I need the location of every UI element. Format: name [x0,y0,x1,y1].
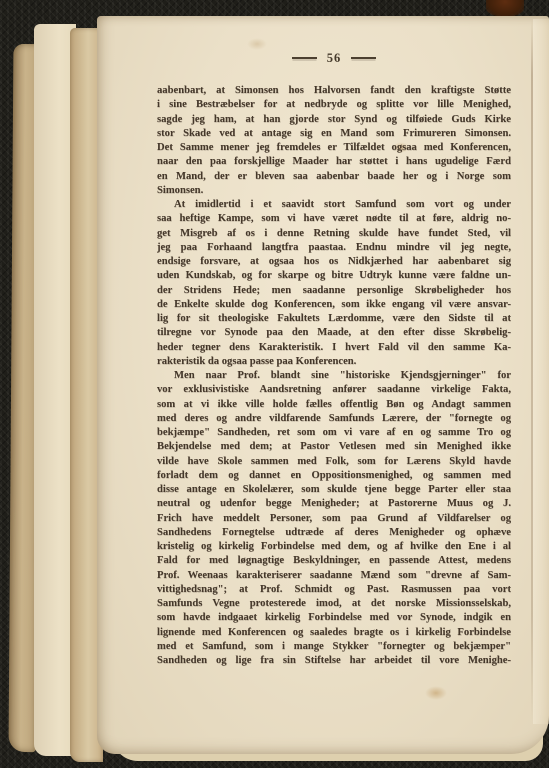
text-line: get Misgreb af os i denne Retning skulde… [157,227,511,241]
text-line: der Stridens Hede; men saadanne personli… [157,284,511,298]
text-line: Frich have meddelt Personer, som paa Gru… [157,512,511,526]
text-line: Fald for med løgnagtige Beskyldninger, e… [157,554,511,568]
text-line: vittighedsnag"; at Prof. Schmidt og Past… [157,583,511,597]
text-line: saa heftige Kampe, som vi have været nød… [157,212,511,226]
book-cover-background: 56 aabenbart, at Simonsen hos Halvorsen … [0,0,549,768]
text-line: sagde jeg ham, at han gjorde stor Synd o… [157,113,511,127]
text-line: tilregne vor Synode paa den Maade, at de… [157,326,511,340]
foxing-spot [247,38,267,50]
text-line: uden Kundskab, og for skarpe og bitre Ud… [157,269,511,283]
text-line: bekjæmpe" Sandheden, ret som om vi vare … [157,426,511,440]
text-line: de Enkelte skulde dog Konferencen, som i… [157,298,511,312]
text-line: en Mand, der er bleven saa aabenbar baad… [157,170,511,184]
text-line: som at vi ikke ville holde fælles offent… [157,398,511,412]
text-line: Simonsen. [157,184,511,198]
text-line: neutral og udenfor begge Menigheder; at … [157,497,511,511]
text-line: At imidlertid i et saavidt stort Samfund… [157,198,511,212]
text-line: heder tegner dens Karakteristik. I hvert… [157,341,511,355]
text-line: stor Skade ved at antage sig en Mand som… [157,127,511,141]
text-line: disse antage en Skolelærer, som skulde t… [157,483,511,497]
text-line: Samfunds Vegne protesterede imod, at det… [157,597,511,611]
text-line: naar den paa forskjellige Maader har stø… [157,155,511,169]
text-line: som havde indgaaet kirkelig Forbindelse … [157,611,511,625]
paragraph-1: aabenbart, at Simonsen hos Halvorsen fan… [157,84,511,198]
header-rule-right [351,57,376,60]
gutter-highlight [533,19,549,724]
book-page: 56 aabenbart, at Simonsen hos Halvorsen … [97,16,549,754]
text-line: Bekjendelse med dem; at Pastor Vetlesen … [157,440,511,454]
text-line: endsige forsvare, at ogsaa hos os Nidkjæ… [157,255,511,269]
text-line: kristelig og kirkelig Forbindelse med de… [157,540,511,554]
text-line: Det Samme mener jeg fremdeles er Tilfæld… [157,141,511,155]
cover-stain [486,0,524,17]
page-header: 56 [157,52,511,64]
text-line: vilde have Skole sammen med Folk, som fo… [157,455,511,469]
text-line: med et Samfund, som i mange Stykker "for… [157,640,511,654]
text-line: Prof. Weenaas karakteriserer saadanne Mæ… [157,569,511,583]
text-line: Sandhedens Fornegtelse udtræde af deres … [157,526,511,540]
paragraph-2: At imidlertid i et saavidt stort Samfund… [157,198,511,369]
text-line: i sine Bestræbelser for at nedbryde og s… [157,98,511,112]
text-line: lig for sit theologiske Fakultets Lærdom… [157,312,511,326]
text-block: aabenbart, at Simonsen hos Halvorsen fan… [157,84,511,668]
text-line: aabenbart, at Simonsen hos Halvorsen fan… [157,84,511,98]
text-line: Men naar Prof. blandt sine "historiske K… [157,369,511,383]
text-line: Sandheden og lige fra sin Stiftelse har … [157,654,511,668]
text-line: med deres og andre vildfarende Samfunds … [157,412,511,426]
header-rule-left [292,57,317,60]
paragraph-3: Men naar Prof. blandt sine "historiske K… [157,369,511,668]
text-line: forladt dem og dannet en Oppositionsmeni… [157,469,511,483]
page-number: 56 [327,52,342,64]
text-line: vor exklusivistiske Aandsretning anfører… [157,383,511,397]
foxing-spot [425,686,447,700]
text-line: lignende med Konferencen og saaledes bra… [157,626,511,640]
gutter-crease [531,19,533,720]
text-line: jeg paa Forhaand langtfra paastaa. Endnu… [157,241,511,255]
text-line: rakteristik da ogsaa passe paa Konferenc… [157,355,511,369]
